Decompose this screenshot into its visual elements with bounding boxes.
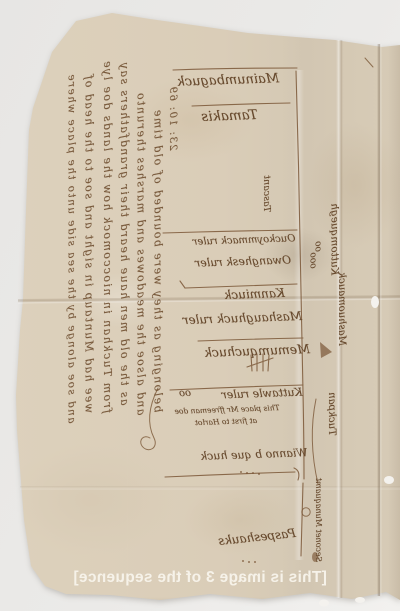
docket-line: wee had Muntaup in sight and soe to the … bbox=[84, 54, 95, 434]
docket-line: as the old men haue heard their grandfat… bbox=[119, 41, 130, 426]
entry-name: Kuttawle ruler bbox=[216, 386, 308, 400]
entry-name: Kanmiuck bbox=[212, 287, 297, 302]
docket-line: from Tuckhan in nioccomock how the lands… bbox=[102, 39, 113, 434]
margin-item-name: Tuckpan bbox=[326, 388, 336, 440]
entry-marks: oo bbox=[172, 389, 198, 400]
entry-name: Mainumbaguck bbox=[168, 72, 288, 89]
scan-background: Mainumbaguck Tamakis Tascant Ouckoymmack… bbox=[0, 0, 400, 611]
sequence-caption: [This is image 3 of the sequence] bbox=[0, 569, 400, 587]
docket-line: 23: 10: 69 bbox=[167, 33, 177, 203]
entry-name-vertical: Tascant bbox=[261, 170, 271, 218]
margin-item-name: Mashuomauck bbox=[336, 271, 346, 347]
docket-line: and alsoe the meadowes and marshes theru… bbox=[136, 79, 147, 429]
docket-line: and soe alonge by the sea side unto the … bbox=[66, 68, 77, 428]
docket-line: belonging as they were bounded of old ti… bbox=[153, 101, 164, 421]
margin-item-name: Seconet Munaquamt bbox=[314, 474, 322, 566]
margin-item-marks: ooo bbox=[308, 250, 317, 272]
